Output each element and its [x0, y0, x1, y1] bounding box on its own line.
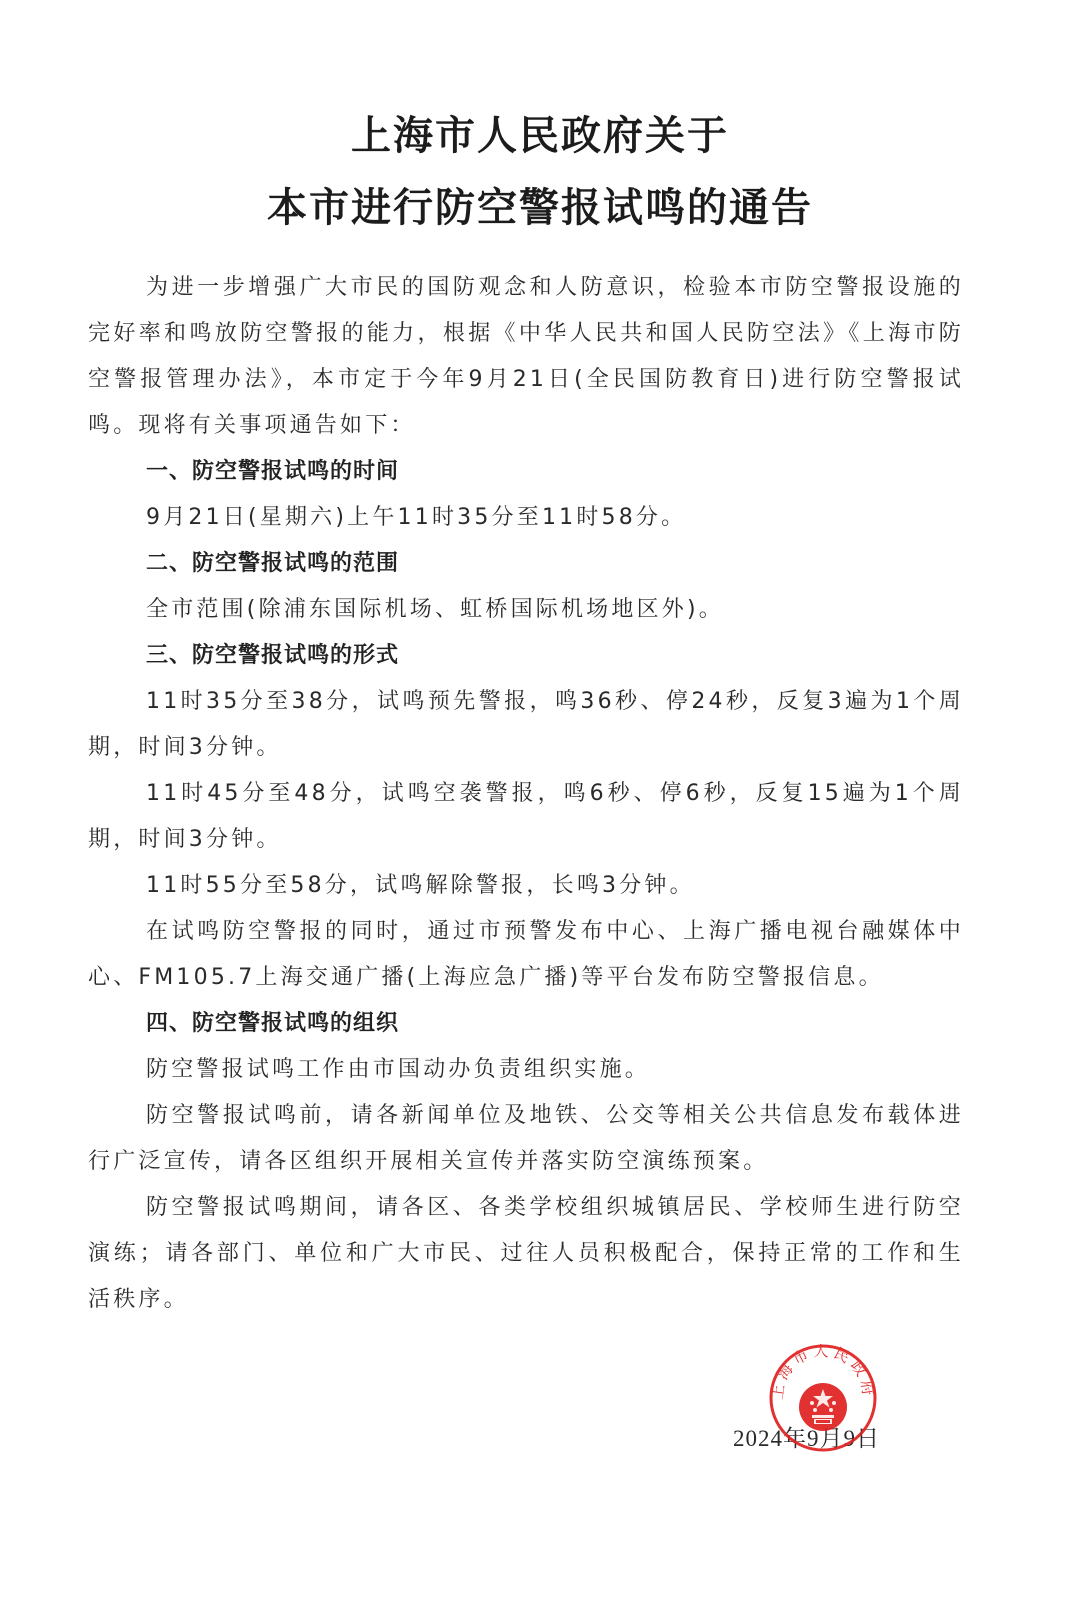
- intro-paragraph: 为进一步增强广大市民的国防观念和人防意识，检验本市防空警报设施的完好率和鸣放防空…: [88, 265, 964, 449]
- section-heading-form: 三、防空警报试鸣的形式: [88, 633, 964, 679]
- section-heading-time: 一、防空警报试鸣的时间: [88, 449, 964, 495]
- section-paragraph: 防空警报试鸣前，请各新闻单位及地铁、公交等相关公共信息发布载体进行广泛宣传，请各…: [88, 1093, 964, 1185]
- section-heading-scope: 二、防空警报试鸣的范围: [88, 541, 964, 587]
- section-paragraph: 防空警报试鸣期间，请各区、各类学校组织城镇居民、学校师生进行防空演练；请各部门、…: [88, 1185, 964, 1323]
- official-seal-icon: 上海市人民政府: [768, 1343, 878, 1453]
- notice-page: 上海市人民政府关于 本市进行防空警报试鸣的通告 为进一步增强广大市民的国防观念和…: [0, 0, 1080, 1608]
- section-paragraph: 防空警报试鸣工作由市国动办负责组织实施。: [88, 1047, 964, 1093]
- section-paragraph: 11时45分至48分，试鸣空袭警报，鸣6秒、停6秒，反复15遍为1个周期，时间3…: [88, 771, 964, 863]
- document-body: 为进一步增强广大市民的国防观念和人防意识，检验本市防空警报设施的完好率和鸣放防空…: [88, 265, 964, 1323]
- section-paragraph: 11时35分至38分，试鸣预先警报，鸣36秒、停24秒，反复3遍为1个周期，时间…: [88, 679, 964, 771]
- document-title-line2: 本市进行防空警报试鸣的通告: [0, 176, 1080, 233]
- section-paragraph: 9月21日(星期六)上午11时35分至11时58分。: [88, 495, 964, 541]
- section-paragraph: 11时55分至58分，试鸣解除警报，长鸣3分钟。: [88, 863, 964, 909]
- section-paragraph: 全市范围(除浦东国际机场、虹桥国际机场地区外)。: [88, 587, 964, 633]
- document-title-line1: 上海市人民政府关于: [0, 104, 1080, 161]
- section-paragraph: 在试鸣防空警报的同时，通过市预警发布中心、上海广播电视台融媒体中心、FM105.…: [88, 909, 964, 1001]
- section-heading-organization: 四、防空警报试鸣的组织: [88, 1001, 964, 1047]
